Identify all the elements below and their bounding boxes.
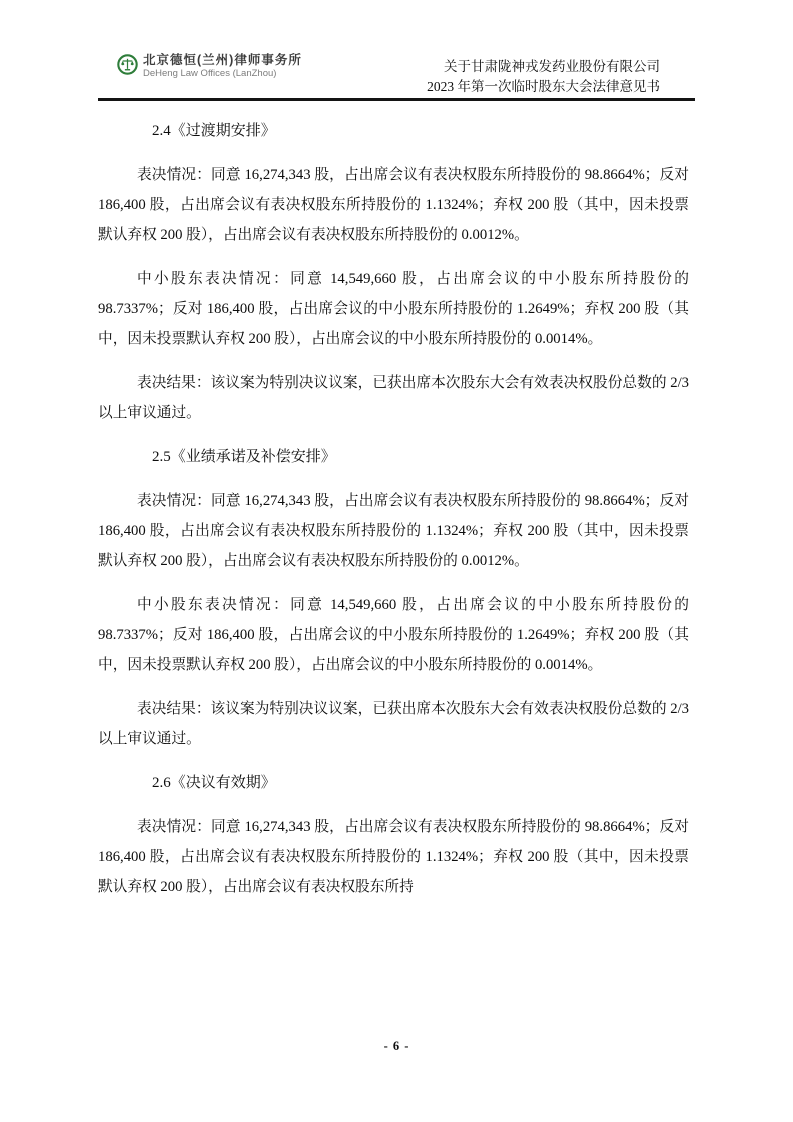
page-number: - 6 -	[384, 1039, 410, 1053]
vote-result-paragraph-2-5: 表决结果：该议案为特别决议议案，已获出席本次股东大会有效表决权股份总数的 2/3…	[98, 694, 689, 754]
doc-title-line-1: 关于甘肃陇神戎发药业股份有限公司	[427, 57, 660, 77]
vote-minority-paragraph-2-4: 中小股东表决情况：同意 14,549,660 股，占出席会议的中小股东所持股份的…	[98, 264, 689, 354]
firm-name-zh: 北京德恒(兰州)律师事务所	[143, 53, 302, 67]
vote-minority-paragraph-2-5: 中小股东表决情况：同意 14,549,660 股，占出席会议的中小股东所持股份的…	[98, 590, 689, 680]
section-heading-2-4: 2.4《过渡期安排》	[152, 116, 689, 146]
firm-names: 北京德恒(兰州)律师事务所 DeHeng Law Offices (LanZho…	[143, 53, 302, 80]
firm-name-en: DeHeng Law Offices (LanZhou)	[143, 68, 302, 80]
vote-overall-paragraph-2-5: 表决情况：同意 16,274,343 股，占出席会议有表决权股东所持股份的 98…	[98, 486, 689, 576]
section-heading-2-5: 2.5《业绩承诺及补偿安排》	[152, 442, 689, 472]
vote-overall-paragraph-2-6-truncated: 表决情况：同意 16,274,343 股，占出席会议有表决权股东所持股份的 98…	[98, 812, 689, 902]
document-page: 北京德恒(兰州)律师事务所 DeHeng Law Offices (LanZho…	[0, 0, 793, 1122]
firm-logo-block: 北京德恒(兰州)律师事务所 DeHeng Law Offices (LanZho…	[117, 53, 302, 80]
document-body: 2.4《过渡期安排》 表决情况：同意 16,274,343 股，占出席会议有表决…	[98, 116, 689, 916]
document-title-block: 关于甘肃陇神戎发药业股份有限公司 2023 年第一次临时股东大会法律意见书	[427, 57, 660, 96]
section-heading-2-6: 2.6《决议有效期》	[152, 768, 689, 798]
doc-title-line-2: 2023 年第一次临时股东大会法律意见书	[427, 77, 660, 97]
vote-overall-paragraph-2-4: 表决情况：同意 16,274,343 股，占出席会议有表决权股东所持股份的 98…	[98, 160, 689, 250]
header-divider-rule	[98, 98, 695, 101]
deheng-scales-logo-icon	[117, 54, 138, 75]
vote-result-paragraph-2-4: 表决结果：该议案为特别决议议案，已获出席本次股东大会有效表决权股份总数的 2/3…	[98, 368, 689, 428]
page-footer: - 6 -	[0, 1037, 793, 1055]
